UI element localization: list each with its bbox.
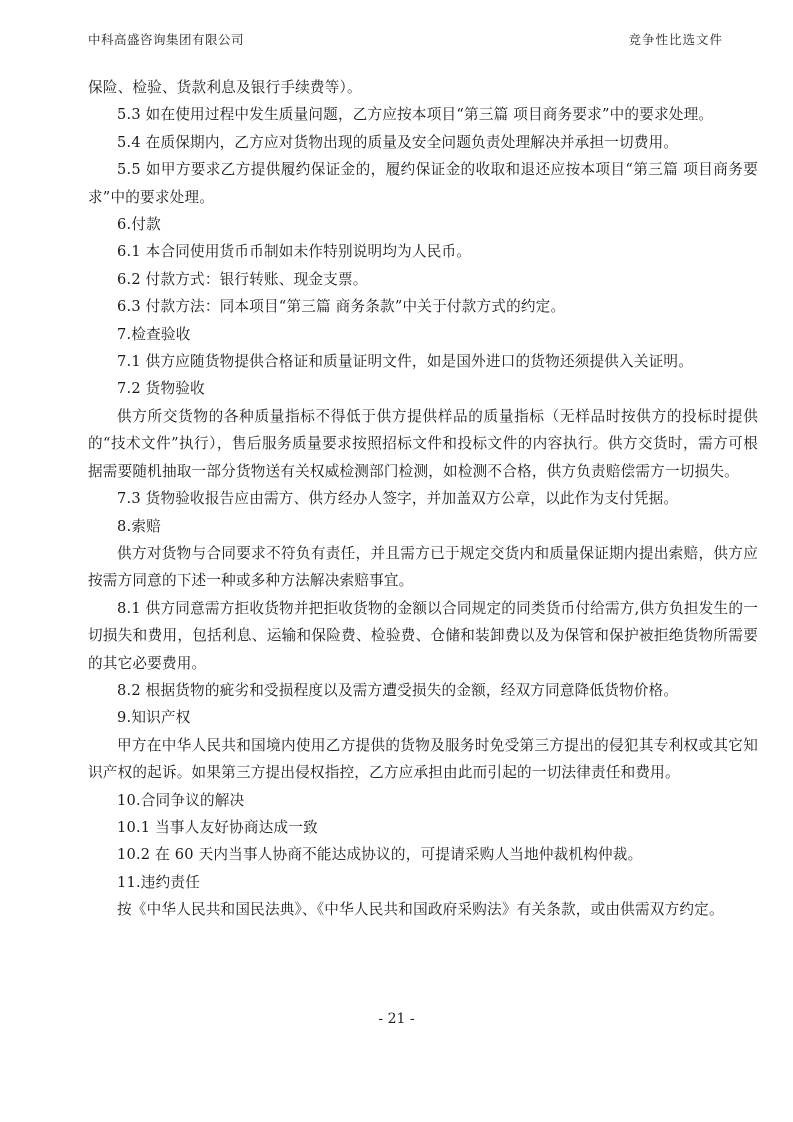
clause-10-2: 10.2 在 60 天内当事人协商不能达成协议的，可提请采购人当地仲裁机构仲裁。	[88, 841, 758, 868]
clause-8-1: 8.1 供方同意需方拒收货物并把拒收货物的金额以合同规定的同类货币付给需方,供方…	[88, 595, 758, 677]
clause-6-1: 6.1 本合同使用货币币制如未作特别说明均为人民币。	[88, 238, 758, 265]
clause-5-4: 5.4 在质保期内，乙方应对货物出现的质量及安全问题负责处理解决并承担一切费用。	[88, 129, 758, 156]
page-header: 中科高盛咨询集团有限公司 竞争性比选文件	[88, 30, 723, 50]
claims-intro: 供方对货物与合同要求不符负有责任，并且需方已于规定交货内和质量保证期内提出索赔，…	[88, 540, 758, 595]
section-heading-claims: 8.索赔	[88, 513, 758, 540]
clause-6-3: 6.3 付款方法：同本项目“第三篇 商务条款”中关于付款方式的约定。	[88, 293, 758, 320]
paragraph-continuation: 保险、检验、货款利息及银行手续费等）。	[88, 74, 758, 101]
clause-7-1: 7.1 供方应随货物提供合格证和质量证明文件，如是国外进口的货物还须提供入关证明…	[88, 348, 758, 375]
section-heading-inspection: 7.检查验收	[88, 321, 758, 348]
section-heading-payment: 6.付款	[88, 211, 758, 238]
page-number: - 21 -	[0, 1011, 793, 1027]
liability-body: 按《中华人民共和国民法典》、《中华人民共和国政府采购法》有关条款，或由供需双方约…	[88, 896, 758, 923]
clause-6-2: 6.2 付款方式：银行转账、现金支票。	[88, 266, 758, 293]
clause-5-3: 5.3 如在使用过程中发生质量问题，乙方应按本项目“第三篇 项目商务要求”中的要…	[88, 101, 758, 128]
section-heading-ip: 9.知识产权	[88, 704, 758, 731]
clause-8-2: 8.2 根据货物的疵劣和受损程度以及需方遭受损失的金额，经双方同意降低货物价格。	[88, 677, 758, 704]
ip-body: 甲方在中华人民共和国境内使用乙方提供的货物及服务时免受第三方提出的侵犯其专利权或…	[88, 732, 758, 787]
clause-7-3: 7.3 货物验收报告应由需方、供方经办人签字，并加盖双方公章，以此作为支付凭据。	[88, 485, 758, 512]
clause-10-1: 10.1 当事人友好协商达成一致	[88, 814, 758, 841]
header-document-type: 竞争性比选文件	[628, 30, 723, 48]
section-heading-liability: 11.违约责任	[88, 869, 758, 896]
document-body: 保险、检验、货款利息及银行手续费等）。 5.3 如在使用过程中发生质量问题，乙方…	[88, 74, 758, 924]
clause-7-2-body: 供方所交货物的各种质量指标不得低于供方提供样品的质量指标（无样品时按供方的投标时…	[88, 403, 758, 485]
clause-7-2-heading: 7.2 货物验收	[88, 375, 758, 402]
section-heading-disputes: 10.合同争议的解决	[88, 787, 758, 814]
clause-5-5: 5.5 如甲方要求乙方提供履约保证金的，履约保证金的收取和退还应按本项目“第三篇…	[88, 156, 758, 211]
header-company-name: 中科高盛咨询集团有限公司	[88, 30, 244, 48]
